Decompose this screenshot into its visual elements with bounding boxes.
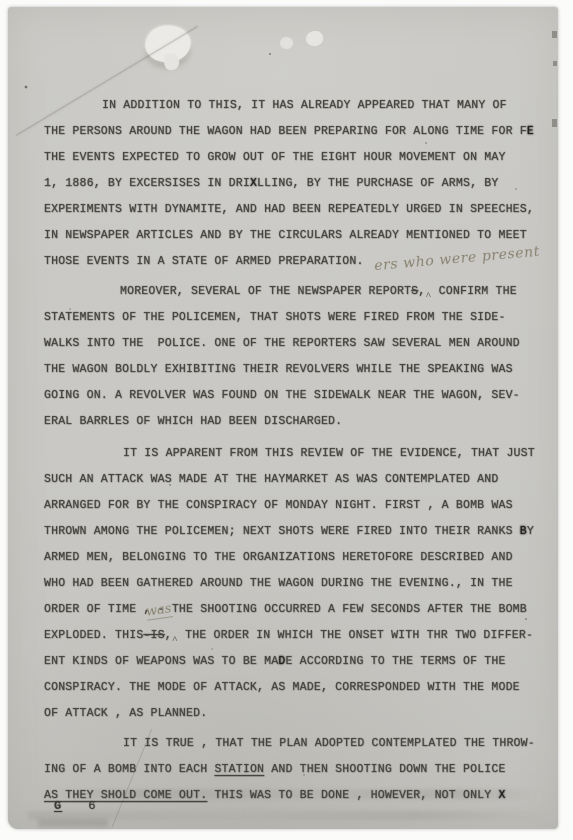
paper-edge-nick	[552, 31, 557, 38]
typed-line: ARRANGED FOR BY THE CONSPIRACY OF MONDAY…	[44, 493, 550, 519]
typed-line: THE WAGON BOLDLY EXHIBITING THEIR REVOLV…	[44, 357, 550, 383]
paper-white-spot	[280, 37, 293, 49]
paragraph: MOREOVER, SEVERAL OF THE NEWSPAPER REPOR…	[44, 279, 550, 435]
typed-line: WHO HAD BEEN GATHERED AROUND THE WAGON D…	[44, 571, 550, 597]
typed-line: ORDER OF TIME , - THE SHOOTING OCCURRED …	[44, 597, 550, 623]
volume-mark: G	[54, 799, 62, 813]
typed-line: ING OF A BOMB INTO EACH STATION AND THEN…	[44, 757, 550, 783]
typed-line: IN NEWSPAPER ARTICLES AND BY THE CIRCULA…	[44, 223, 550, 249]
paragraph: IN ADDITION TO THIS, IT HAS ALREADY APPE…	[44, 93, 550, 275]
typed-line: IT IS TRUE , THAT THE PLAN ADOPTED CONTE…	[44, 731, 550, 757]
typed-line: IN ADDITION TO THIS, IT HAS ALREADY APPE…	[44, 93, 550, 119]
typed-line: THROWN AMONG THE POLICEMEN; NEXT SHOTS W…	[44, 519, 550, 545]
typed-line: 1, 1886, BY EXCERSISES IN DRIXLLING, BY …	[44, 171, 550, 197]
typed-line: EXPERIMENTS WITH DYNAMITE, AND HAD BEEN …	[44, 197, 550, 223]
page-footer: G 6	[54, 799, 97, 813]
typed-line: THE PERSONS AROUND THE WAGON HAD BEEN PR…	[44, 119, 550, 145]
paper-edge-nick	[552, 119, 557, 127]
paper-edge-nick	[553, 61, 557, 66]
typed-line: ERAL BARRLES OF WHICH HAD BEEN DISCHARGE…	[44, 409, 550, 435]
page-number: 6	[88, 799, 96, 813]
typed-line: CONSPIRACY. THE MODE OF ATTACK, AS MADE,…	[44, 675, 550, 701]
typed-line: STATEMENTS OF THE POLICEMEN, THAT SHOTS …	[44, 305, 550, 331]
typed-line: ENT KINDS OF WEAPONS WAS TO BE MADE ACCO…	[44, 649, 550, 675]
typed-line: AS THEY SHOLD COME OUT. THIS WAS TO BE D…	[44, 783, 550, 809]
paper-white-spot	[306, 31, 323, 46]
typed-line: IT IS APPARENT FROM THIS REVIEW OF THE E…	[44, 441, 550, 467]
typed-line: SUCH AN ATTACK WAS MADE AT THE HAYMARKET…	[44, 467, 550, 493]
typed-line: GOING ON. A REVOLVER WAS FOUND ON THE SI…	[44, 383, 550, 409]
typed-line: WALKS INTO THE POLICE. ONE OF THE REPORT…	[44, 331, 550, 357]
typed-line: THE EVENTS EXPECTED TO GROW OUT OF THE E…	[44, 145, 550, 171]
typed-line: OF ATTACK , AS PLANNED.	[44, 701, 550, 727]
typed-line: ARMED MEN, BELONGING TO THE ORGANIZATION…	[44, 545, 550, 571]
paper-smudge	[38, 819, 108, 827]
paragraph: IT IS TRUE , THAT THE PLAN ADOPTED CONTE…	[44, 731, 550, 809]
typed-text: IN ADDITION TO THIS, IT HAS ALREADY APPE…	[44, 93, 550, 809]
typed-line: MOREOVER, SEVERAL OF THE NEWSPAPER REPOR…	[44, 279, 550, 305]
document-page: IN ADDITION TO THIS, IT HAS ALREADY APPE…	[8, 7, 558, 829]
typed-line: EXPLODED. THIS-IS,^ THE ORDER IN WHICH T…	[44, 623, 550, 649]
paragraph: IT IS APPARENT FROM THIS REVIEW OF THE E…	[44, 441, 550, 727]
